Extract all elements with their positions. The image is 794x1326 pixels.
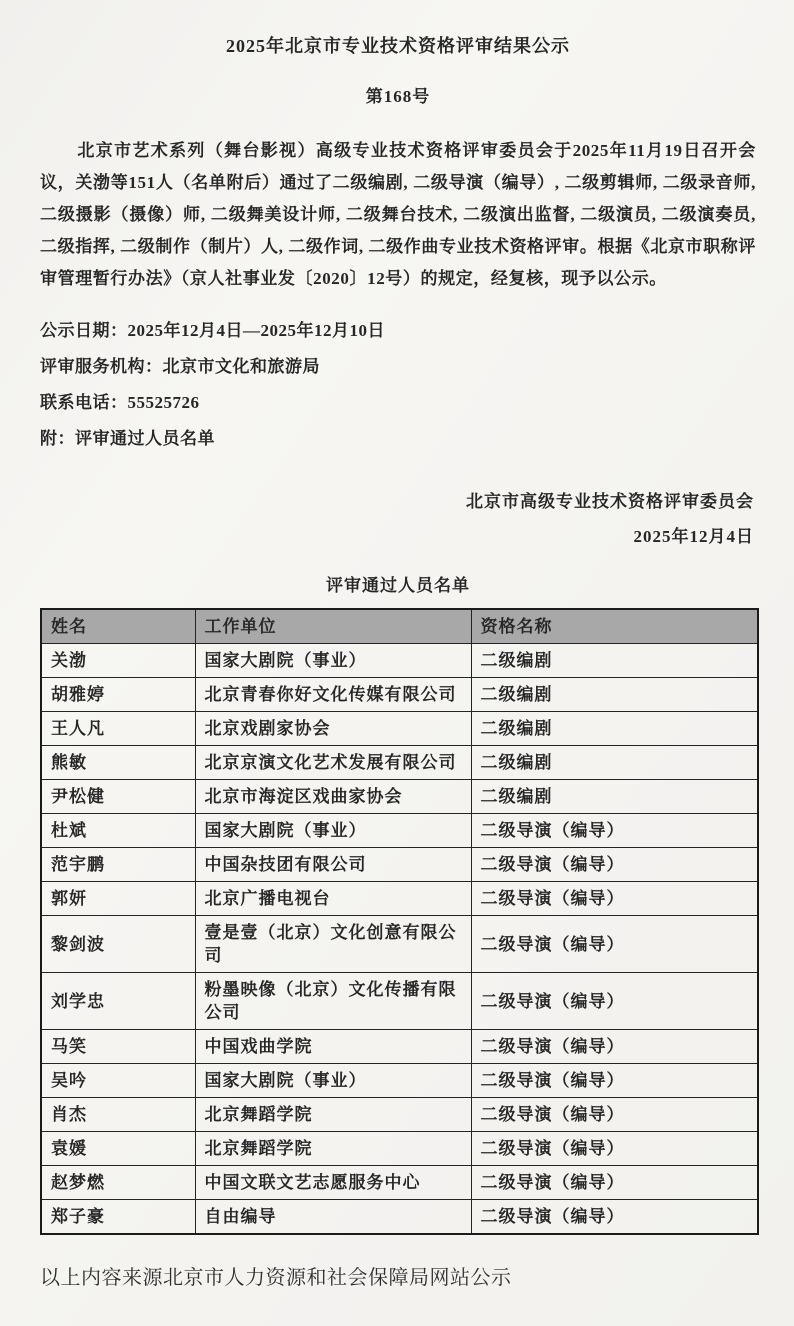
cell-qualification: 二级导演（编导） [471,1200,758,1235]
cell-work-unit: 中国杂技团有限公司 [195,848,471,882]
cell-qualification: 二级导演（编导） [471,1166,758,1200]
table-row: 郭妍北京广播电视台二级导演（编导） [41,882,758,916]
review-service-agency: 评审服务机构：北京市文化和旅游局 [40,349,756,385]
cell-name: 关渤 [41,644,195,678]
table-row: 杜斌国家大剧院（事业）二级导演（编导） [41,814,758,848]
table-row: 黎剑波壹是壹（北京）文化创意有限公司二级导演（编导） [41,916,758,973]
cell-name: 吴吟 [41,1064,195,1098]
cell-work-unit: 北京京演文化艺术发展有限公司 [195,746,471,780]
cell-work-unit: 北京广播电视台 [195,882,471,916]
cell-name: 郭妍 [41,882,195,916]
cell-qualification: 二级导演（编导） [471,1098,758,1132]
cell-name: 王人凡 [41,712,195,746]
table-row: 袁媛北京舞蹈学院二级导演（编导） [41,1132,758,1166]
col-header-work-unit: 工作单位 [195,609,471,644]
meta-block: 公示日期：2025年12月4日—2025年12月10日 评审服务机构：北京市文化… [40,313,756,457]
table-row: 赵梦燃中国文联文艺志愿服务中心二级导演（编导） [41,1166,758,1200]
cell-qualification: 二级导演（编导） [471,973,758,1030]
cell-qualification: 二级编剧 [471,746,758,780]
cell-name: 尹松健 [41,780,195,814]
table-row: 熊敏北京京演文化艺术发展有限公司二级编剧 [41,746,758,780]
approved-personnel-table: 姓名 工作单位 资格名称 关渤国家大剧院（事业）二级编剧胡雅婷北京青春你好文化传… [40,608,759,1235]
table-row: 刘学忠粉墨映像（北京）文化传播有限公司二级导演（编导） [41,973,758,1030]
table-row: 马笑中国戏曲学院二级导演（编导） [41,1030,758,1064]
cell-qualification: 二级导演（编导） [471,814,758,848]
source-note: 以上内容来源北京市人力资源和社会保障局网站公示 [40,1261,512,1290]
contact-phone: 联系电话：55525726 [40,385,756,421]
cell-work-unit: 自由编导 [195,1200,471,1235]
cell-qualification: 二级编剧 [471,678,758,712]
cell-qualification: 二级导演（编导） [471,882,758,916]
cell-work-unit: 壹是壹（北京）文化创意有限公司 [195,916,471,973]
table-row: 关渤国家大剧院（事业）二级编剧 [41,644,758,678]
table-row: 郑子豪自由编导二级导演（编导） [41,1200,758,1235]
signature-block: 北京市高级专业技术资格评审委员会 2025年12月4日 [40,485,756,555]
cell-name: 黎剑波 [41,916,195,973]
cell-qualification: 二级导演（编导） [471,916,758,973]
roster-title: 评审通过人员名单 [40,571,756,596]
cell-work-unit: 北京舞蹈学院 [195,1098,471,1132]
cell-work-unit: 国家大剧院（事业） [195,814,471,848]
document-number: 第168号 [40,82,756,107]
cell-name: 赵梦燃 [41,1166,195,1200]
table-row: 王人凡北京戏剧家协会二级编剧 [41,712,758,746]
cell-work-unit: 北京戏剧家协会 [195,712,471,746]
cell-work-unit: 粉墨映像（北京）文化传播有限公司 [195,973,471,1030]
cell-work-unit: 中国文联文艺志愿服务中心 [195,1166,471,1200]
table-row: 胡雅婷北京青春你好文化传媒有限公司二级编剧 [41,678,758,712]
cell-name: 胡雅婷 [41,678,195,712]
cell-qualification: 二级编剧 [471,644,758,678]
table-row: 范宇鹏中国杂技团有限公司二级导演（编导） [41,848,758,882]
cell-work-unit: 北京市海淀区戏曲家协会 [195,780,471,814]
attachment-note: 附：评审通过人员名单 [40,421,756,457]
announcement-page: 2025年北京市专业技术资格评审结果公示 第168号 北京市艺术系列（舞台影视）… [0,0,794,1326]
issue-date: 2025年12月4日 [40,519,754,555]
cell-name: 杜斌 [41,814,195,848]
table-row: 肖杰北京舞蹈学院二级导演（编导） [41,1098,758,1132]
cell-name: 马笑 [41,1030,195,1064]
cell-name: 范宇鹏 [41,848,195,882]
col-header-qualification: 资格名称 [471,609,758,644]
cell-name: 袁媛 [41,1132,195,1166]
announcement-paragraph: 北京市艺术系列（舞台影视）高级专业技术资格评审委员会于2025年11月19日召开… [40,135,756,295]
col-header-name: 姓名 [41,609,195,644]
table-row: 尹松健北京市海淀区戏曲家协会二级编剧 [41,780,758,814]
table-row: 吴吟国家大剧院（事业）二级导演（编导） [41,1064,758,1098]
cell-work-unit: 国家大剧院（事业） [195,1064,471,1098]
cell-qualification: 二级导演（编导） [471,1064,758,1098]
cell-qualification: 二级编剧 [471,780,758,814]
cell-qualification: 二级编剧 [471,712,758,746]
cell-qualification: 二级导演（编导） [471,1132,758,1166]
cell-work-unit: 北京舞蹈学院 [195,1132,471,1166]
cell-work-unit: 国家大剧院（事业） [195,644,471,678]
cell-name: 肖杰 [41,1098,195,1132]
cell-work-unit: 中国戏曲学院 [195,1030,471,1064]
cell-work-unit: 北京青春你好文化传媒有限公司 [195,678,471,712]
approved-personnel-tbody: 关渤国家大剧院（事业）二级编剧胡雅婷北京青春你好文化传媒有限公司二级编剧王人凡北… [41,644,758,1235]
cell-name: 郑子豪 [41,1200,195,1235]
cell-name: 刘学忠 [41,973,195,1030]
cell-name: 熊敏 [41,746,195,780]
table-header-row: 姓名 工作单位 资格名称 [41,609,758,644]
cell-qualification: 二级导演（编导） [471,1030,758,1064]
document-body: 2025年北京市专业技术资格评审结果公示 第168号 北京市艺术系列（舞台影视）… [0,0,794,1235]
page-title: 2025年北京市专业技术资格评审结果公示 [40,26,756,58]
cell-qualification: 二级导演（编导） [471,848,758,882]
issuing-committee: 北京市高级专业技术资格评审委员会 [40,485,754,519]
publicity-period: 公示日期：2025年12月4日—2025年12月10日 [40,313,756,349]
